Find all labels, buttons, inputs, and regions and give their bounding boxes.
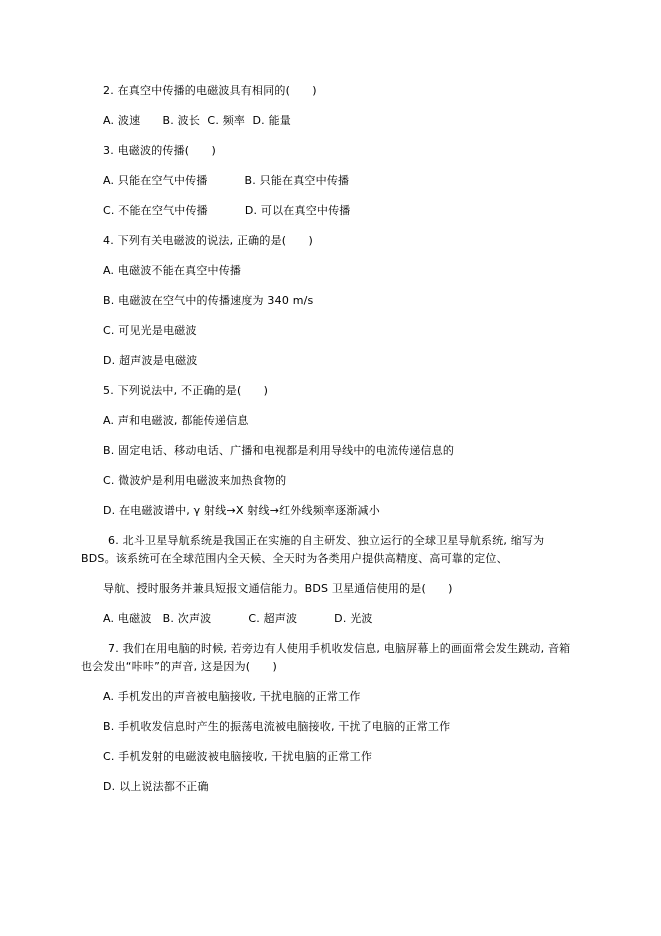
question-3-options-row-2: C. 不能在空气中传播 D. 可以在真空中传播	[103, 204, 351, 218]
question-6-options: A. 电磁波 B. 次声波 C. 超声波 D. 光波	[103, 612, 373, 626]
question-5-option-b: B. 固定电话、移动电话、广播和电视都是利用导线中的电流传递信息的	[103, 444, 454, 458]
question-5-option-a: A. 声和电磁波, 都能传递信息	[103, 414, 249, 428]
question-2-options: A. 波速 B. 波长 C. 频率 D. 能量	[103, 114, 291, 128]
question-5-option-c: C. 微波炉是利用电磁波来加热食物的	[103, 474, 286, 488]
question-5-option-d: D. 在电磁波谱中, γ 射线→X 射线→红外线频率逐渐减小	[103, 504, 380, 518]
question-7-option-c: C. 手机发射的电磁波被电脑接收, 干扰电脑的正常工作	[103, 750, 372, 764]
question-3-options-row-1: A. 只能在空气中传播 B. 只能在真空中传播	[103, 174, 349, 188]
question-2-stem: 2. 在真空中传播的电磁波具有相同的( )	[103, 84, 317, 98]
question-3-stem: 3. 电磁波的传播( )	[103, 144, 216, 158]
question-4-option-b: B. 电磁波在空气中的传播速度为 340 m/s	[103, 294, 313, 308]
question-7-stem-line-1: 7. 我们在用电脑的时候, 若旁边有人使用手机收发信息, 电脑屏幕上的画面常会发…	[108, 642, 570, 656]
question-5-stem: 5. 下列说法中, 不正确的是( )	[103, 384, 268, 398]
question-4-stem: 4. 下列有关电磁波的说法, 正确的是( )	[103, 234, 313, 248]
question-6-stem-line-2: BDS。该系统可在全球范围内全天候、全天时为各类用户提供高精度、高可靠的定位、	[81, 552, 508, 566]
question-6-stem-line-1: 6. 北斗卫星导航系统是我国正在实施的自主研发、独立运行的全球卫星导航系统, 缩…	[108, 534, 544, 548]
question-6-stem-line-3: 导航、授时服务并兼具短报文通信能力。BDS 卫星通信使用的是( )	[103, 582, 453, 596]
question-7-option-d: D. 以上说法都不正确	[103, 780, 209, 794]
question-7-stem-line-2: 也会发出“咔咔”的声音, 这是因为( )	[81, 660, 277, 674]
question-7-option-b: B. 手机收发信息时产生的振荡电流被电脑接收, 干扰了电脑的正常工作	[103, 720, 450, 734]
question-4-option-a: A. 电磁波不能在真空中传播	[103, 264, 241, 278]
question-4-option-c: C. 可见光是电磁波	[103, 324, 197, 338]
question-4-option-d: D. 超声波是电磁波	[103, 354, 197, 368]
question-7-option-a: A. 手机发出的声音被电脑接收, 干扰电脑的正常工作	[103, 690, 361, 704]
